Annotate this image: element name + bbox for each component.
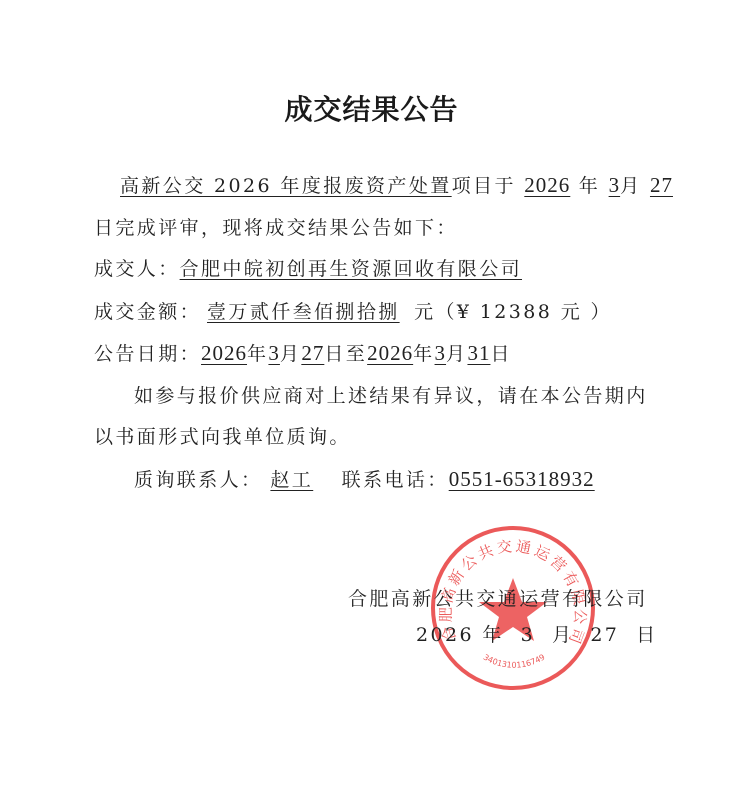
end-month: 3: [435, 341, 447, 365]
amount-line: 成交金额：壹万贰仟叁佰捌拾捌 元（¥ 12388 元 ）: [94, 299, 612, 325]
amount-words: 壹万贰仟叁佰捌拾捌: [201, 301, 406, 323]
to-char: 日至: [324, 343, 367, 365]
svg-text:3401310116749: 3401310116749: [482, 652, 547, 669]
amount-unit: 元（¥ 12388 元 ）: [414, 301, 612, 323]
intro-line-2: 日完成评审，现将成交结果公告如下：: [94, 215, 458, 241]
start-day: 27: [301, 341, 324, 365]
signature-company: 合肥高新公共交通运营有限公司: [348, 584, 648, 611]
end-year: 2026: [367, 341, 413, 365]
winner-value: 合肥中皖初创再生资源回收有限公司: [180, 258, 522, 280]
contact-line: 质询联系人：赵工 联系电话：0551-65318932: [134, 466, 595, 493]
period-label: 公告日期：: [94, 343, 201, 365]
award-year: 2026: [524, 173, 570, 197]
phone-label: 联系电话：: [342, 469, 449, 491]
year-char: 年: [413, 343, 434, 365]
winner-line: 成交人：合肥中皖初创再生资源回收有限公司: [94, 256, 522, 282]
award-month: 3: [609, 173, 621, 197]
month-char: 月: [620, 175, 641, 197]
start-year: 2026: [201, 341, 247, 365]
phone-number: 0551-65318932: [449, 467, 595, 491]
objection-line-1: 如参与报价供应商对上述结果有异议，请在本公告期内: [134, 383, 648, 409]
contact-person-label: 质询联系人：: [134, 469, 262, 491]
year-char: 年: [247, 343, 268, 365]
intro-line-1: 高新公交 2026 年度报废资产处置项目于 2026 年 3月 27: [120, 172, 673, 199]
project-name: 高新公交 2026 年度报废资产处置: [120, 175, 452, 197]
objection-line-2: 以书面形式向我单位质询。: [94, 424, 351, 450]
year-char: 年: [579, 175, 600, 197]
document-page: 成交结果公告 高新公交 2026 年度报废资产处置项目于 2026 年 3月 2…: [0, 0, 743, 803]
intro-text: 项目于: [452, 175, 516, 197]
page-title: 成交结果公告: [0, 88, 743, 128]
amount-label: 成交金额：: [94, 301, 201, 323]
month-char: 月: [446, 343, 467, 365]
start-month: 3: [268, 341, 280, 365]
winner-label: 成交人：: [94, 258, 180, 280]
end-day: 31: [467, 341, 490, 365]
period-line: 公告日期：2026年3月27日至2026年3月31日: [94, 340, 512, 367]
signature-date: 2026 年 3 月 27 日: [416, 620, 658, 647]
day-char: 日: [490, 343, 511, 365]
month-char: 月: [280, 343, 301, 365]
contact-person: 赵工: [262, 469, 321, 491]
award-day: 27: [650, 173, 673, 197]
